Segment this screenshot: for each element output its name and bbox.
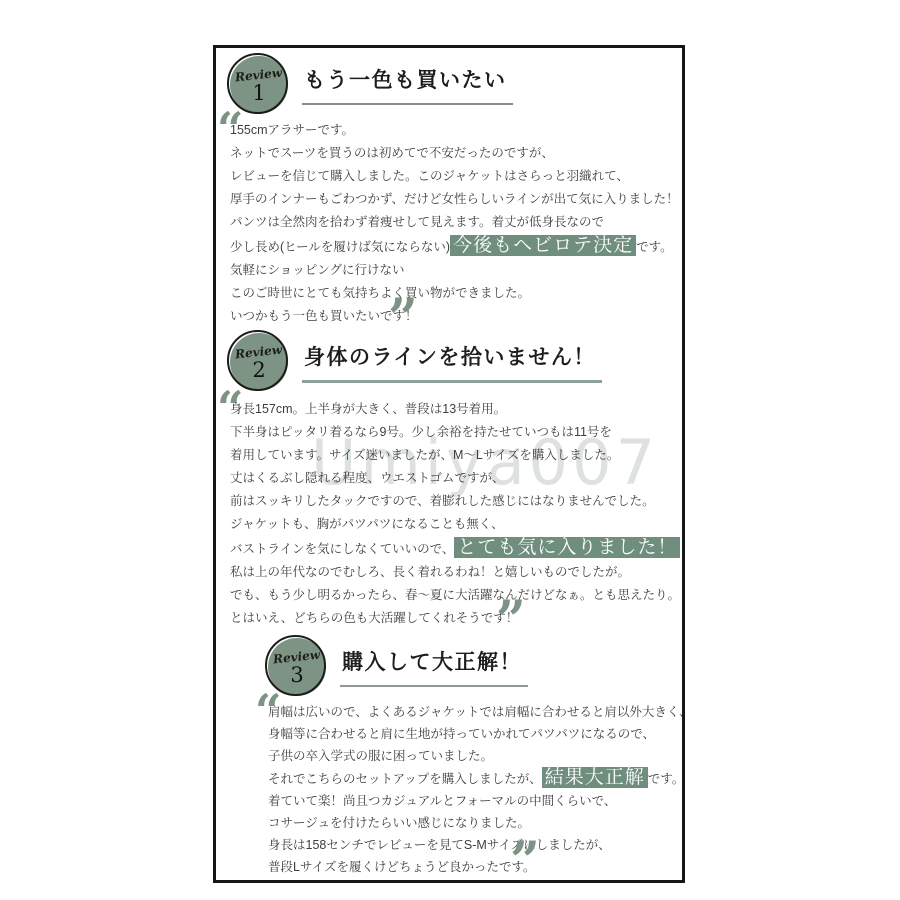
text-run: 肩幅は広いので、よくあるジャケットでは肩幅に合わせると肩以外大きく、: [268, 705, 685, 719]
review-text-line: ネットでスーツを買うのは初めてで不安だったのですが、: [230, 142, 674, 165]
review-text-line: ジャケットも、胸がパツパツになることも無く、: [230, 513, 674, 536]
review-2-header: Review 2 身体のラインを拾いません！: [230, 333, 674, 391]
text-run: 155cmアラサーです。: [230, 123, 354, 137]
review-card: Umiya007 Review 1 もう一色も買いたい “ ” 155cmアラサ…: [213, 45, 685, 883]
text-run: 着用しています。サイズ迷いましたが、M〜Lサイズを購入しました。: [230, 448, 619, 462]
review-text-line: パンツは全然肉を拾わず着痩せして見えます。着丈が低身長なので: [230, 211, 674, 234]
text-run: 気軽にショッピングに行けない: [230, 263, 405, 277]
review-3-title: 購入して大正解！: [340, 646, 528, 687]
text-run: 着ていて楽！尚且つカジュアルとフォーマルの中間くらいで、: [268, 794, 616, 808]
review-text-line: レビューを信じて購入しました。このジャケットはさらっと羽織れて、: [230, 165, 674, 188]
page: Umiya007 Review 1 もう一色も買いたい “ ” 155cmアラサ…: [0, 0, 900, 900]
review-text-line: でも、もう少し明るかったら、春〜夏に大活躍なんだけどなぁ。とも思えたり。: [230, 584, 674, 607]
text-run: ジャケットも、胸がパツパツになることも無く、: [230, 517, 504, 531]
text-run: 子供の卒入学式の服に困っていました。: [268, 749, 493, 763]
review-text-line: 155cmアラサーです。: [230, 119, 674, 142]
review-text-line: 気軽にショッピングに行けない: [230, 259, 674, 282]
text-run: 少し長め(ヒールを履けば気にならない): [230, 240, 450, 254]
highlighted-text: 今後もヘビロテ決定: [450, 235, 636, 256]
review-section-3: Review 3 購入して大正解！ “ ” 肩幅は広いので、よくあるジャケットで…: [268, 638, 674, 878]
review-text-line: 着用しています。サイズ迷いましたが、M〜Lサイズを購入しました。: [230, 444, 674, 467]
review-text-line: 子供の卒入学式の服に困っていました。: [268, 745, 674, 767]
review-1-badge: Review 1: [230, 56, 288, 114]
review-text-line: 身長は158センチでレビューを見てS-Mサイズにしましたが、: [268, 834, 674, 856]
text-run: 身長は158センチでレビューを見てS-Mサイズにしましたが、: [268, 838, 611, 852]
text-run: バストラインを気にしなくていいので、: [230, 542, 454, 556]
text-run: 下半身はピッタリ着るなら9号。少し余裕を持たせていつもは11号を: [230, 425, 612, 439]
text-run: とはいえ、どちらの色も大活躍してくれそうです！: [230, 611, 518, 625]
review-text-line: 着ていて楽！尚且つカジュアルとフォーマルの中間くらいで、: [268, 790, 674, 812]
highlighted-text: 結果大正解: [542, 767, 648, 788]
review-1-title: もう一色も買いたい: [302, 64, 513, 105]
review-3-body: “ ” 肩幅は広いので、よくあるジャケットでは肩幅に合わせると肩以外大きく、身幅…: [268, 701, 674, 878]
review-2-title: 身体のラインを拾いません！: [302, 341, 602, 383]
review-text-line: 下半身はピッタリ着るなら9号。少し余裕を持たせていつもは11号を: [230, 421, 674, 444]
review-3-header: Review 3 購入して大正解！: [268, 638, 674, 696]
review-text-line: 前はスッキリしたタックですので、着膨れした感じにはなりませんでした。: [230, 490, 674, 513]
close-quote-icon: ”: [388, 301, 418, 337]
review-text-line: このご時世にとても気持ちよく買い物ができました。: [230, 282, 674, 305]
text-run: 丈はくるぶし隠れる程度、ウエストゴムですが、: [230, 471, 505, 485]
text-run: 身長157cm。上半身が大きく、普段は13号着用。: [230, 402, 506, 416]
text-run: です。: [648, 772, 685, 786]
review-3-badge: Review 3: [268, 638, 326, 696]
text-run: 前はスッキリしたタックですので、着膨れした感じにはなりませんでした。: [230, 494, 655, 508]
text-run: このご時世にとても気持ちよく買い物ができました。: [230, 286, 530, 300]
review-text-line: コサージュを付けたらいい感じになりました。: [268, 812, 674, 834]
review-text-line: 厚手のインナーもごわつかず、だけど女性らしいラインが出て気に入りました！: [230, 188, 674, 211]
highlighted-text: とても気に入りました！: [454, 537, 680, 558]
review-section-2: Review 2 身体のラインを拾いません！ “ ” 身長157cm。上半身が大…: [230, 333, 674, 630]
review-text-line: 身幅等に合わせると肩に生地が持っていかれてパツパツになるので、: [268, 723, 674, 745]
review-text-line: とはいえ、どちらの色も大活躍してくれそうです！: [230, 607, 674, 630]
text-run: パンツは全然肉を拾わず着痩せして見えます。着丈が低身長なので: [230, 215, 604, 229]
review-text-line: いつかもう一色も買いたいです！: [230, 305, 674, 328]
review-2-body: “ ” 身長157cm。上半身が大きく、普段は13号着用。下半身はピッタリ着るな…: [230, 398, 674, 630]
review-1-header: Review 1 もう一色も買いたい: [230, 56, 674, 114]
review-text-line: 身長157cm。上半身が大きく、普段は13号着用。: [230, 398, 674, 421]
text-run: 普段Lサイズを履くけどちょうど良かったです。: [268, 860, 535, 874]
review-text-line: それでこちらのセットアップを購入しましたが、結果大正解です。: [268, 767, 674, 790]
review-text-line: 肩幅は広いので、よくあるジャケットでは肩幅に合わせると肩以外大きく、: [268, 701, 674, 723]
close-quote-icon: ”: [496, 603, 526, 639]
review-1-body: “ ” 155cmアラサーです。ネットでスーツを買うのは初めてで不安だったのです…: [230, 119, 674, 328]
text-run: ネットでスーツを買うのは初めてで不安だったのですが、: [230, 146, 554, 160]
review-text-line: 私は上の年代なのでむしろ、長く着れるわね！と嬉しいものでしたが。: [230, 561, 674, 584]
review-text-line: バストラインを気にしなくていいので、とても気に入りました！: [230, 536, 674, 561]
text-run: でも、もう少し明るかったら、春〜夏に大活躍なんだけどなぁ。とも思えたり。: [230, 588, 680, 602]
text-run: レビューを信じて購入しました。このジャケットはさらっと羽織れて、: [230, 169, 629, 183]
review-text-line: 少し長め(ヒールを履けば気にならない)今後もヘビロテ決定です。: [230, 234, 674, 259]
review-2-badge: Review 2: [230, 333, 288, 391]
text-run: それでこちらのセットアップを購入しましたが、: [268, 772, 542, 786]
close-quote-icon: ”: [510, 844, 540, 880]
review-text-line: 丈はくるぶし隠れる程度、ウエストゴムですが、: [230, 467, 674, 490]
text-run: 私は上の年代なのでむしろ、長く着れるわね！と嬉しいものでしたが。: [230, 565, 630, 579]
review-section-1: Review 1 もう一色も買いたい “ ” 155cmアラサーです。ネットでス…: [230, 56, 674, 328]
text-run: 身幅等に合わせると肩に生地が持っていかれてパツパツになるので、: [268, 727, 655, 741]
text-run: コサージュを付けたらいい感じになりました。: [268, 816, 530, 830]
text-run: 厚手のインナーもごわつかず、だけど女性らしいラインが出て気に入りました！: [230, 192, 679, 206]
text-run: です。: [636, 240, 673, 254]
review-text-line: 普段Lサイズを履くけどちょうど良かったです。: [268, 856, 674, 878]
